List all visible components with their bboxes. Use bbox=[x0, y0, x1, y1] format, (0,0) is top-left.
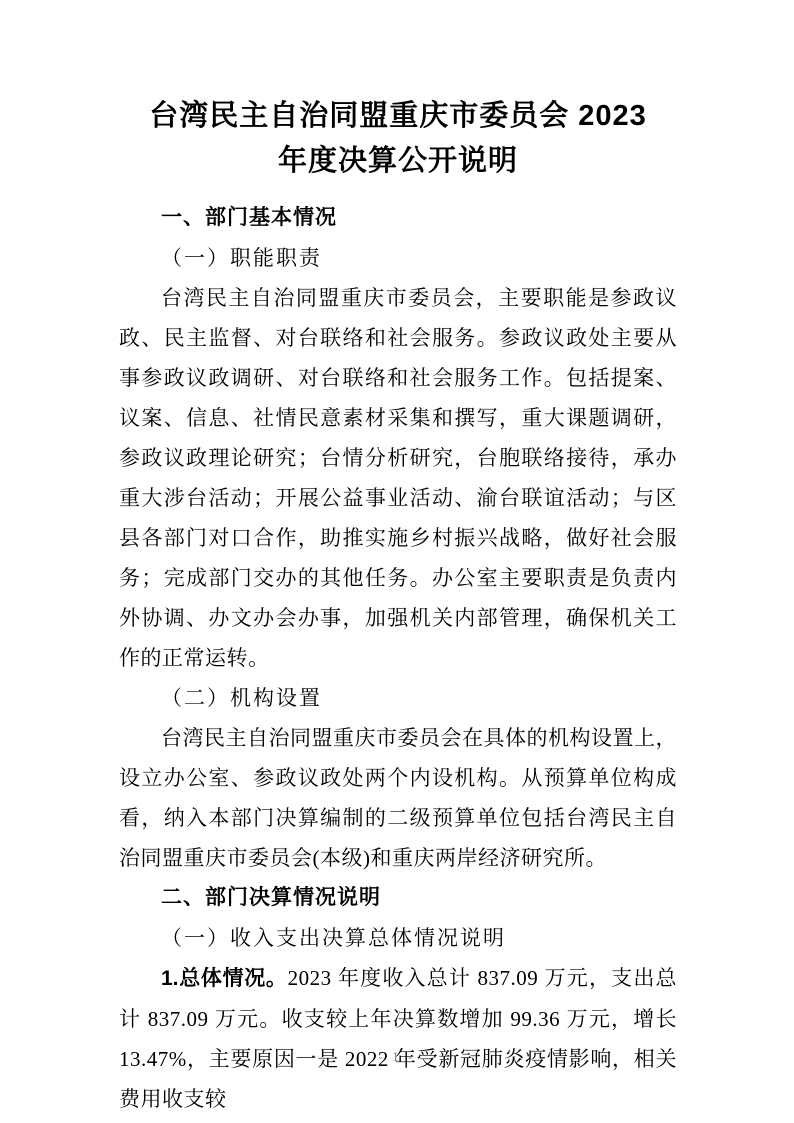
document-title: 台湾民主自治同盟重庆市委员会 2023 年度决算公开说明 bbox=[119, 94, 677, 184]
section-heading-final-accounts: 二、部门决算情况说明 bbox=[119, 878, 677, 918]
subsection-heading-income-expense-overview: （一）收入支出决算总体情况说明 bbox=[119, 918, 677, 958]
paragraph-org-structure: 台湾民主自治同盟重庆市委员会在具体的机构设置上，设立办公室、参政议政处两个内设机… bbox=[119, 718, 677, 878]
subsection-heading-org-structure: （二）机构设置 bbox=[119, 678, 677, 718]
document-title-line-1: 台湾民主自治同盟重庆市委员会 2023 bbox=[119, 94, 677, 139]
document-title-line-2: 年度决算公开说明 bbox=[119, 139, 677, 184]
document-content: 台湾民主自治同盟重庆市委员会 2023 年度决算公开说明 一、部门基本情况 （一… bbox=[119, 94, 677, 1119]
document-page: 台湾民主自治同盟重庆市委员会 2023 年度决算公开说明 一、部门基本情况 （一… bbox=[0, 0, 794, 1123]
paragraph-duties: 台湾民主自治同盟重庆市委员会，主要职能是参政议政、民主监督、对台联络和社会服务。… bbox=[119, 278, 677, 678]
page-number: - 1 - bbox=[379, 1049, 416, 1064]
subsection-heading-duties: （一）职能职责 bbox=[119, 238, 677, 278]
paragraph-overall-situation: 1.总体情况。2023 年度收入总计 837.09 万元，支出总计 837.09… bbox=[119, 958, 677, 1119]
paragraph-overall-lead: 1.总体情况。 bbox=[161, 967, 288, 990]
section-heading-basic-info: 一、部门基本情况 bbox=[119, 198, 677, 238]
page-footer: - 1 - bbox=[0, 1049, 794, 1065]
